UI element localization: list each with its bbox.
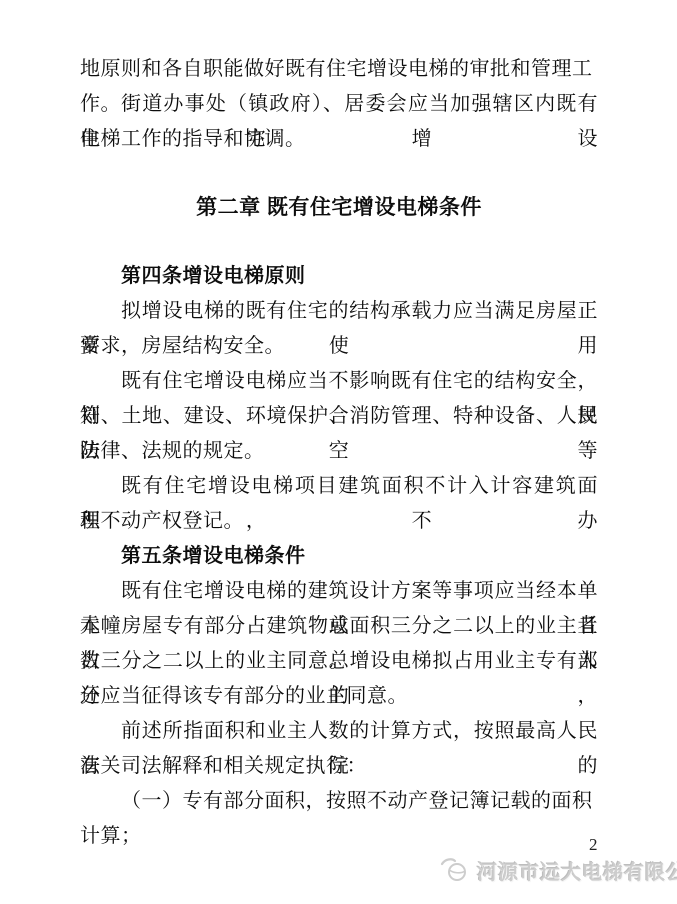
section-title: 第五条增设电梯条件 bbox=[80, 539, 598, 574]
text-line: 本幢房屋专有部分占建筑物总面积三分之二以上的业主且占总人 bbox=[80, 609, 598, 644]
text-line: 既有住宅增设电梯项目建筑面积不计入计容建筑面积，不办 bbox=[80, 469, 598, 504]
text-line: 街道办事处（镇政府）、居委会应当加强辖区内既有住宅增设 bbox=[80, 87, 598, 122]
text-line: （一）专有部分面积，按照不动产登记簿记载的面积计算； bbox=[80, 784, 598, 819]
text-line: 数三分之二以上的业主同意。增设电梯拟占用业主专有部分的， bbox=[80, 644, 598, 679]
orbit-elevator-logo-icon bbox=[440, 856, 472, 884]
document-body: 地原则和各自职能做好既有住宅增设电梯的审批和管理工作。 街道办事处（镇政府）、居… bbox=[80, 52, 598, 819]
text-line: 既有住宅增设电梯的建筑设计方案等事项应当经本单元或者 bbox=[80, 574, 598, 609]
company-name-text: 河源市远大电梯有限公司 bbox=[477, 856, 677, 885]
company-watermark: 河源市远大电梯有限公司 bbox=[440, 855, 677, 885]
text-line: 既有住宅增设电梯应当不影响既有住宅的结构安全，符合规 bbox=[80, 364, 598, 399]
text-line: 前述所指面积和业主人数的计算方式，按照最高人民法院的 bbox=[80, 714, 598, 749]
page-number: 2 bbox=[589, 835, 598, 855]
document-page: 地原则和各自职能做好既有住宅增设电梯的审批和管理工作。 街道办事处（镇政府）、居… bbox=[0, 0, 677, 904]
text-line: 地原则和各自职能做好既有住宅增设电梯的审批和管理工作。 bbox=[80, 52, 598, 87]
chapter-heading: 第二章 既有住宅增设电梯条件 bbox=[80, 190, 598, 225]
text-line: 拟增设电梯的既有住宅的结构承载力应当满足房屋正常使用 bbox=[80, 294, 598, 329]
section-title: 第四条增设电梯原则 bbox=[80, 259, 598, 294]
text-line: 划、土地、建设、环境保护、消防管理、特种设备、人民防空等 bbox=[80, 399, 598, 434]
